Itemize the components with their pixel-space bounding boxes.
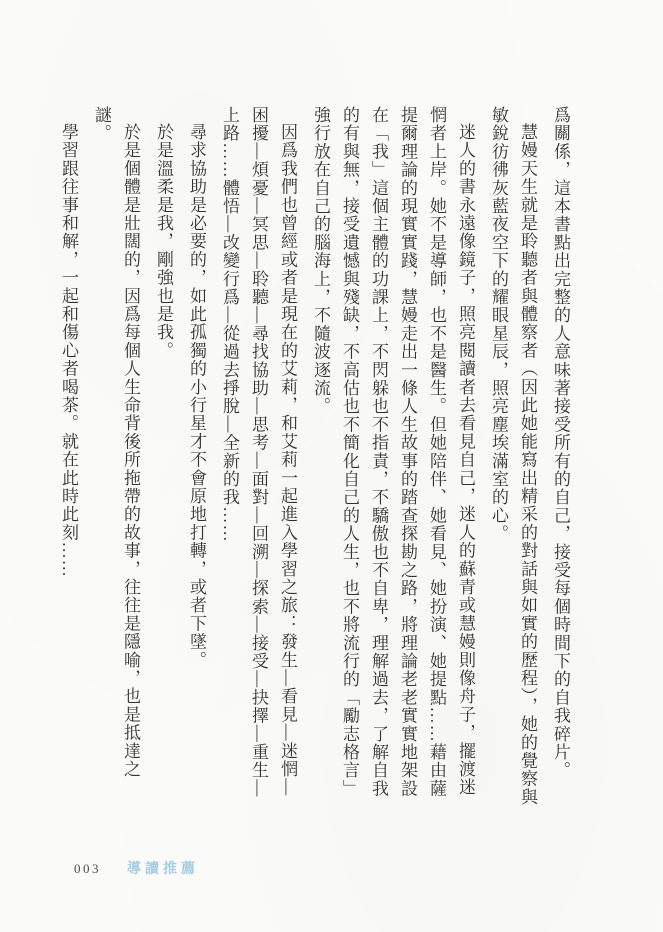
paragraph: 尋求協助是必要的，如此孤獨的小行星才不會原地打轉，或者下墜。	[182, 106, 211, 814]
section-label: 導讀推薦	[127, 858, 199, 878]
paragraph: 學習跟往事和解，一起和傷心者喝茶。就在此時此刻……	[54, 106, 83, 814]
vertical-text-block: 爲關係，這本書點出完整的人意味著接受所有的自己，接受每個時間下的自我碎片。慧嫚天…	[54, 106, 575, 814]
page-number: 003	[74, 861, 101, 877]
page-footer: 003 導讀推薦	[74, 858, 199, 878]
paragraph: 慧嫚天生就是聆聽者與體察者（因此她能寫出精采的對話與如實的歷程），她的覺察與敏銳…	[484, 106, 542, 814]
paragraph: 於是個體是壯闊的，因爲每個人生命背後所拖帶的故事，往往是隱喻，也是抵達之謎。	[87, 106, 145, 814]
paragraph: 因爲我們也曾經或者是現在的艾莉，和艾莉一起進入學習之旅：發生—看見—迷惘—困擾—…	[215, 106, 302, 814]
paragraph: 爲關係，這本書點出完整的人意味著接受所有的自己，接受每個時間下的自我碎片。	[546, 106, 575, 814]
book-page: 爲關係，這本書點出完整的人意味著接受所有的自己，接受每個時間下的自我碎片。慧嫚天…	[0, 0, 663, 932]
paragraph: 迷人的書永遠像鏡子，照亮閱讀者去看見自己，迷人的蘇青或慧嫚則像舟子，擺渡迷惘者上…	[306, 106, 480, 814]
paragraph: 於是溫柔是我，剛強也是我。	[149, 106, 178, 814]
